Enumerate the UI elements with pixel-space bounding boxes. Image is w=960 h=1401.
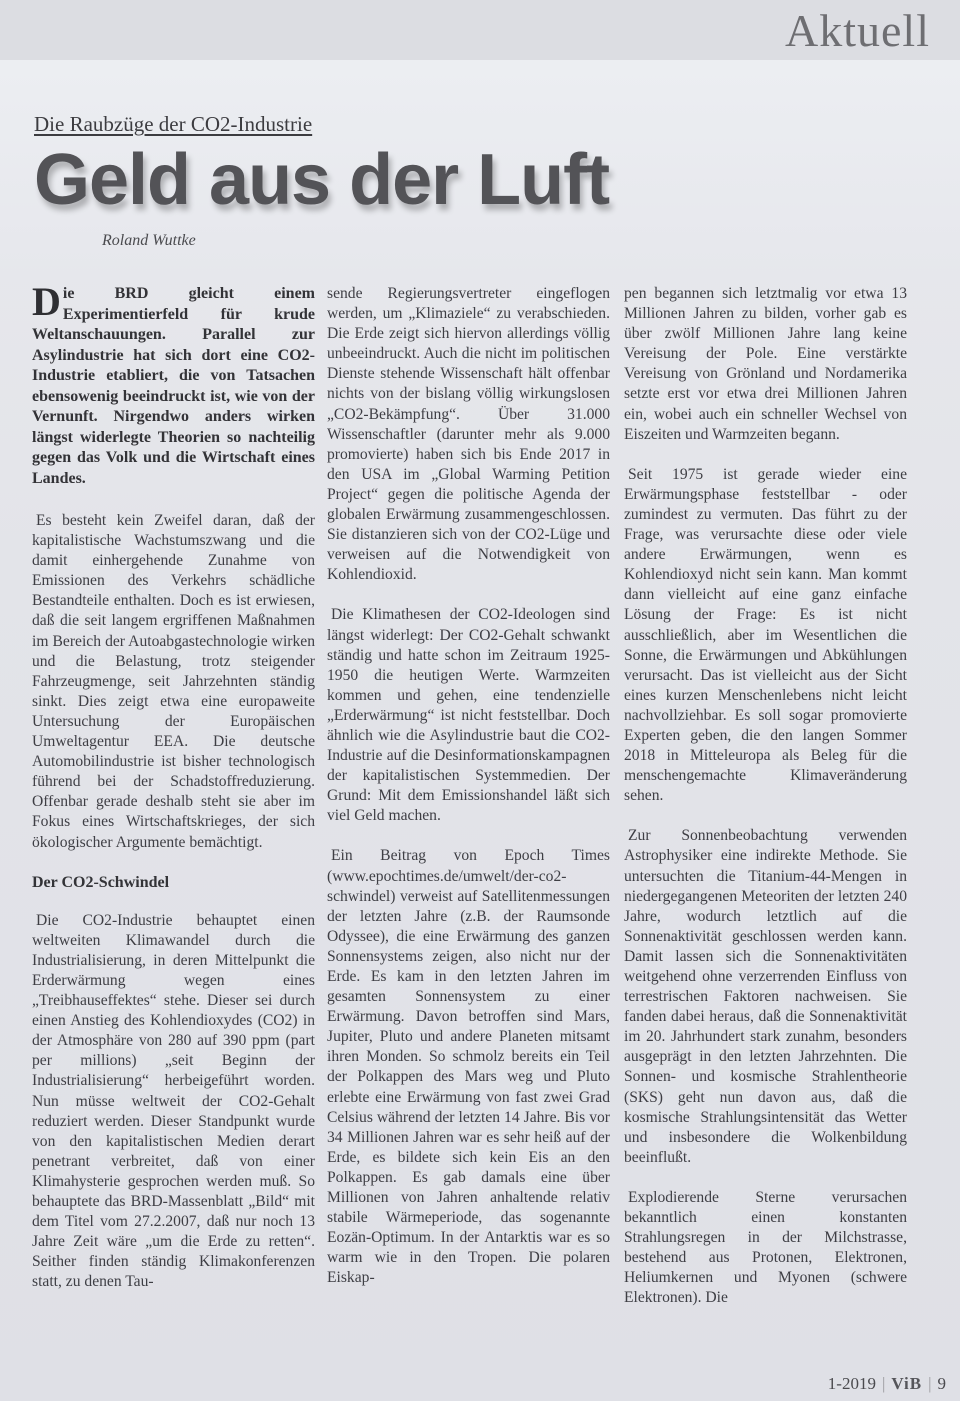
section-heading: Der CO2-Schwindel [32,873,315,893]
paragraph: Die Klimathesen der CO2-Ideologen sind l… [327,605,610,826]
paragraph: Explodierende Sterne verursachen bekannt… [624,1188,907,1309]
paragraph: Es besteht kein Zweifel daran, daß der k… [32,511,315,853]
page-number: 9 [938,1374,947,1394]
article-subtitle: Die Raubzüge der CO2-Industrie [34,112,312,137]
section-label: Aktuell [785,8,930,60]
paragraph: Seit 1975 ist gerade wieder eine Erwärmu… [624,465,907,807]
footer-divider: | [882,1374,885,1394]
article-headline: Geld aus der Luft [34,140,609,220]
paragraph: sende Regierungsvertreter eingeflogen we… [327,284,610,585]
paragraph: Die CO2-Industrie behauptet einen weltwe… [32,911,315,1293]
column-3: pen begannen sich letztmalig vor etwa 13… [624,284,907,1329]
paragraph: Zur Sonnenbeobachtung verwenden Astrophy… [624,826,907,1168]
lead-paragraph: Die BRD gleicht einem Experimentierfeld … [32,284,315,489]
lead-text: ie BRD gleicht einem Experimentierfeld f… [32,285,315,487]
footer-divider: | [928,1374,931,1394]
page-footer: 1-2019 | ViB | 9 [828,1374,946,1394]
column-2: sende Regierungsvertreter eingeflogen we… [327,284,610,1309]
paragraph: pen begannen sich letztmalig vor etwa 13… [624,284,907,445]
article-author: Roland Wuttke [102,232,196,250]
magazine-page: Aktuell Die Raubzüge der CO2-Industrie G… [0,0,960,1401]
paragraph: Ein Beitrag von Epoch Times (www.epochti… [327,846,610,1288]
drop-cap: D [32,286,61,318]
section-tab: Aktuell [720,0,960,60]
issue-number: 1-2019 [828,1374,876,1394]
magazine-logo: ViB [891,1374,922,1394]
column-1: Die BRD gleicht einem Experimentierfeld … [32,284,315,1312]
